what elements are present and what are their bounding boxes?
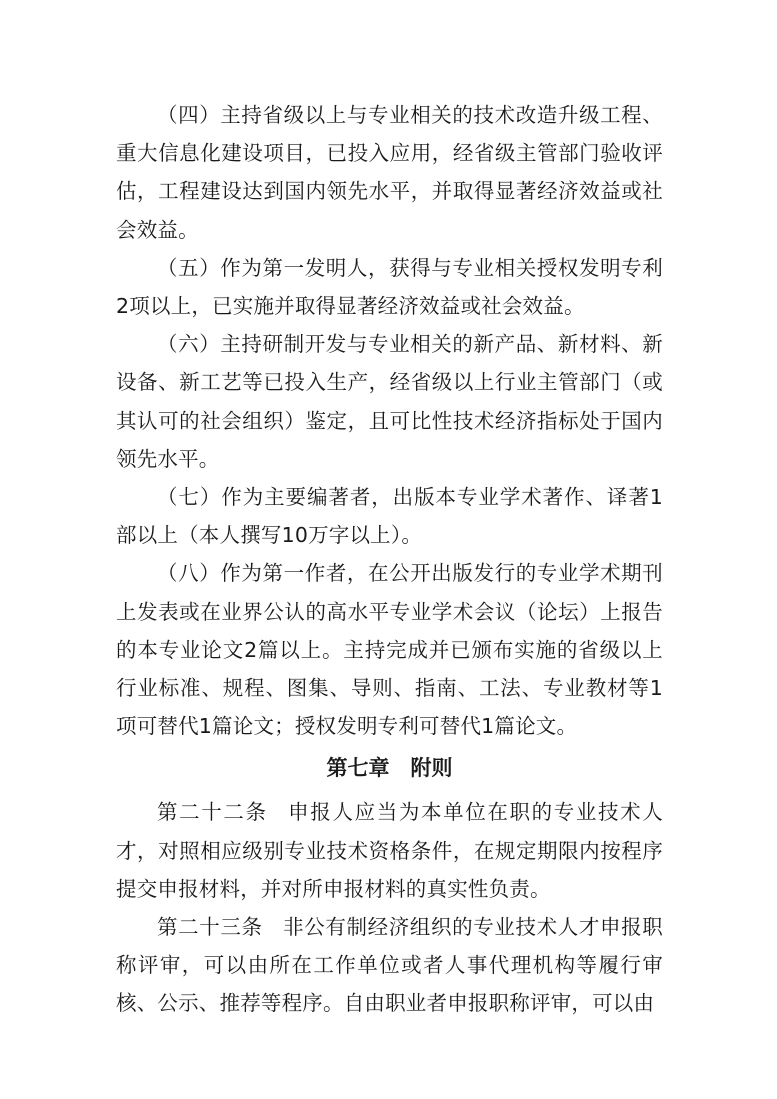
paragraph-item-5: （五）作为第一发明人，获得与专业相关授权发明专利2项以上，已实施并取得显著经济效…	[116, 249, 663, 325]
chapter-heading: 第七章 附则	[116, 745, 663, 793]
article-number: 第二十二条	[157, 800, 268, 824]
document-page: （四）主持省级以上与专业相关的技术改造升级工程、重大信息化建设项目，已投入应用，…	[116, 96, 663, 1023]
paragraph-item-6: （六）主持研制开发与专业相关的新产品、新材料、新设备、新工艺等已投入生产，经省级…	[116, 325, 663, 478]
article-number: 第二十三条	[157, 915, 263, 939]
paragraph-item-4: （四）主持省级以上与专业相关的技术改造升级工程、重大信息化建设项目，已投入应用，…	[116, 96, 663, 249]
paragraph-item-7: （七）作为主要编著者，出版本专业学术著作、译著1部以上（本人撰写10万字以上）。	[116, 478, 663, 554]
article-22: 第二十二条申报人应当为本单位在职的专业技术人才，对照相应级别专业技术资格条件，在…	[116, 793, 663, 908]
paragraph-item-8: （八）作为第一作者，在公开出版发行的专业学术期刊上发表或在业界公认的高水平专业学…	[116, 554, 663, 745]
article-23: 第二十三条非公有制经济组织的专业技术人才申报职称评审，可以由所在工作单位或者人事…	[116, 908, 663, 1023]
